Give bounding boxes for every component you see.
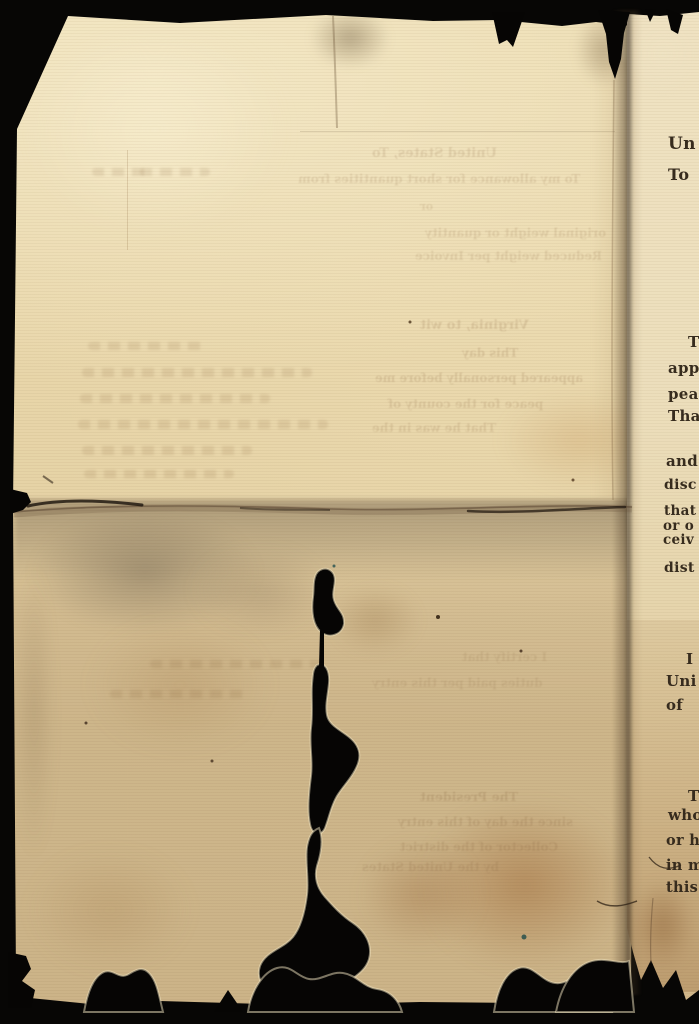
- paper-texture: [0, 0, 699, 1024]
- fold-shadow: [612, 10, 642, 995]
- document-page: United States, To To my allowance for sh…: [0, 0, 699, 1024]
- document-scan: United States, To To my allowance for sh…: [0, 0, 699, 1024]
